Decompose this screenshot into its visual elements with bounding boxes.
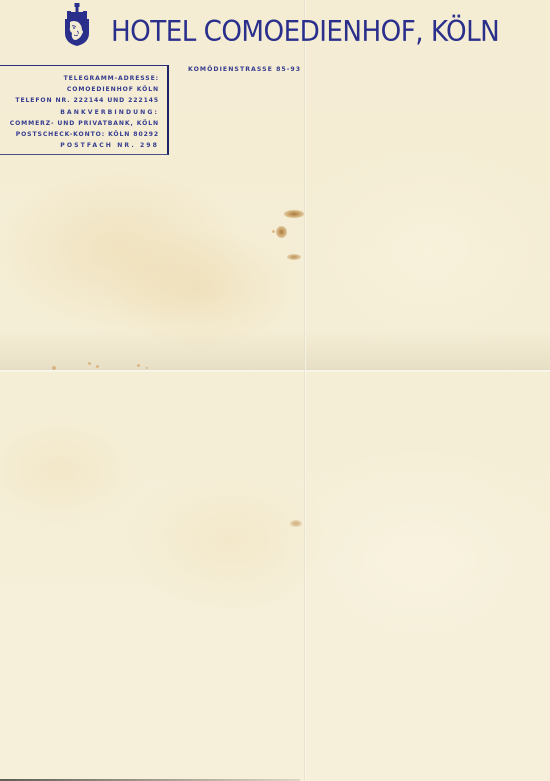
stain-mark: [287, 254, 301, 260]
contact-info-box: TELEGRAMM-ADRESSE: COMOEDIENHOF KÖLN TEL…: [0, 65, 169, 155]
stain-mark: [284, 210, 304, 218]
stain-spot: [146, 367, 148, 369]
postal-check-account: POSTSCHECK-KONTO: KÖLN 80292: [10, 129, 159, 140]
telegram-address-label: TELEGRAMM-ADRESSE:: [10, 73, 159, 84]
stain-spot: [96, 365, 99, 368]
fold-shadow: [0, 330, 550, 370]
telephone-numbers: TELEFON NR. 222144 UND 222145: [10, 95, 159, 106]
coat-of-arms-icon: [64, 3, 90, 46]
bank-connection-label: BANKVERBINDUNG:: [10, 107, 159, 118]
contact-info-lines: TELEGRAMM-ADRESSE: COMOEDIENHOF KÖLN TEL…: [10, 73, 159, 151]
bank-name: COMMERZ- UND PRIVATBANK, KÖLN: [10, 118, 159, 129]
horizontal-fold-line: [0, 369, 550, 372]
letter-page: HOTEL COMOEDIENHOF, KÖLN KOMÖDIENSTRASSE…: [0, 0, 550, 781]
telegram-address-value: COMOEDIENHOF KÖLN: [10, 84, 159, 95]
stain-spot: [272, 230, 275, 233]
po-box-number: POSTFACH NR. 298: [10, 140, 159, 151]
stain-spot: [137, 364, 140, 367]
vertical-fold-line: [304, 0, 306, 781]
street-address: KOMÖDIENSTRASSE 85-93: [188, 66, 301, 73]
stain-mark: [276, 226, 287, 238]
stain-spot: [52, 366, 56, 370]
stain-mark: [290, 520, 302, 527]
hotel-name-heading: HOTEL COMOEDIENHOF, KÖLN: [111, 14, 499, 50]
stain-spot: [88, 362, 91, 365]
